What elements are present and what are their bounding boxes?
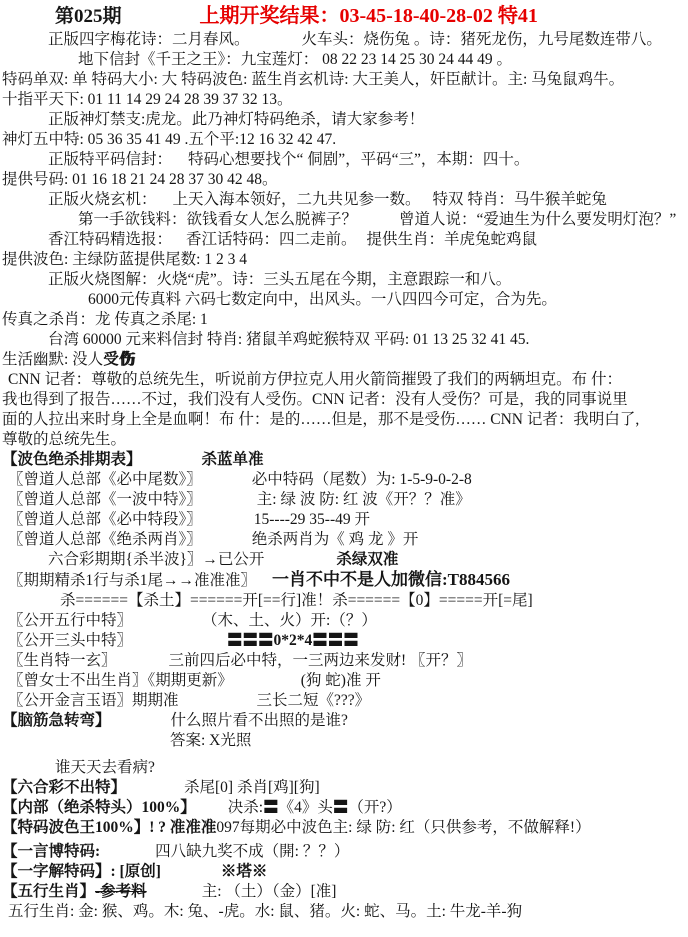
yiyan-bo-teme-line: 【一言博特码:四八缺九奖不成（開: ？？） [0, 842, 688, 862]
humor-text-line-1-seg-0: CNN 记者：尊敬的总统先生，听说前方伊拉克人用火箭筒摧毁了我们的两辆坦克。布 … [8, 370, 622, 390]
humor-title-line-seg-2: 伤 [120, 350, 136, 370]
yizi-jie-teme-line: 【一字解特码】: [原创]※塔※ [0, 862, 688, 882]
humor-text-line-3: 面的人拉出来时身上全是血啊！布 什：是的……但是，那不是受伤…… CNN 记者：… [0, 410, 688, 430]
sha-tu-line-seg-0: 杀======【杀土】======开[==行]准！杀======【0】=====… [60, 591, 533, 611]
bose-jousha-header-seg-0: 【波色绝杀排期表】 [2, 450, 142, 470]
humor-title-line-seg-0: 生活幽默: 没人 [2, 350, 103, 370]
wuxing-shengxiao-detail: 五行生肖: 金: 猴、鸡。木: 兔、-虎。水: 鼠、猪。火: 蛇、马。土: 牛龙… [0, 902, 688, 922]
taiwan-envelope-line: 台湾 60000 元来料信封 特肖: 猪鼠羊鸡蛇猴特双 平码: 01 13 25… [0, 330, 688, 350]
zengnvshi-line-seg-0: 〖曾女士不出生肖〗《期期更新》 [8, 671, 233, 691]
jingsha-weixin-line: 〖期期精杀1行与杀1尾→→准准准〗一肖不中不是人加微信:T884566 [0, 570, 688, 591]
teping-envelope-line: 正版特平码信封：特码心想要找个“ 侗剧”，平码“三”，本期：四十。 [0, 150, 688, 170]
yiyan-bo-teme-line-seg-0: 【一言博特码: [2, 842, 100, 862]
yizi-jie-teme-line-seg-0: 【一字解特码】: [原创] [2, 862, 161, 882]
yiyan-bo-teme-line-seg-1: 四八缺九奖不成（開: ？？） [155, 842, 349, 862]
neibu-tetou-line-seg-1: 决杀: [228, 798, 263, 818]
zengdaoren-liangxiao-line-seg-1: 绝杀两肖为《 鸡 龙 》开 [252, 530, 419, 550]
shabanbo-line-seg-1: 杀绿双准 [336, 550, 398, 570]
naojin-question2-line-seg-0: 谁天天去看病? [55, 758, 155, 778]
xiangjiang-line-seg-2: 提供生肖：羊虎兔蛇鸡鼠 [367, 230, 538, 250]
zengdaoren-yibo-line: 〖曾道人总部《一波中特》〗主: 绿 波 防: 红 波《开？？准》 [0, 490, 688, 510]
lottery-tips-page: 第025期上期开奖结果：03-45-18-40-28-02 特41正版四字梅花诗… [0, 0, 688, 937]
jingsha-weixin-line-seg-0: 〖期期精杀1行与杀1尾→→准准准〗 [8, 571, 256, 591]
shabanbo-line-seg-0: 六合彩期期{杀半波}〗→已公开 [48, 550, 264, 570]
yuqian-line: 第一手欲钱料：欲钱看女人怎么脱裤子？曾道人说：“爱迪生为什么要发明灯泡？” [0, 210, 688, 230]
meihua-poem-line-seg-0: 正版四字梅花诗：二月春风。 [48, 30, 250, 50]
huoshao-xuanji-line-seg-0: 正版火烧玄机： [48, 190, 157, 210]
bose-wang-line-seg-1: 097每期必中波色主: 绿 防: 红（只供参考，不做解释!） [216, 818, 590, 838]
shengxiao-teyixuan-line: 〖生肖特一玄〗三前四后必中特，一三两边来发财! 〖开？〗 [0, 651, 688, 671]
shabanbo-line: 六合彩期期{杀半波}〗→已公开杀绿双准 [0, 550, 688, 570]
neibu-tetou-line-seg-5: （开?） [348, 798, 401, 818]
wuxing-shengxiao-header-seg-2: 主: （土）（金）[准] [202, 882, 337, 902]
bose-jousha-header-seg-1: 杀蓝单准 [202, 450, 264, 470]
fax-6000-line: 6000元传真料 六码七数定向中，出风头。一八四四今可定，合为先。 [0, 290, 688, 310]
underground-envelope-line-seg-0: 地下信封《千王之王》：九宝莲灯： 08 22 23 14 25 30 24 44… [78, 50, 512, 70]
humor-text-line-4-seg-0: 尊敬的总统先生。 [2, 430, 126, 450]
huoshao-tujie-line: 正版火烧图解：火烧“虎”。诗：三头五尾在今期，主意跟踪一和八。 [0, 270, 688, 290]
wuxing-zhongte-line-seg-0: 〖公开五行中特〗 [8, 611, 132, 631]
wuxing-zhongte-line: 〖公开五行中特〗（木、土、火）开:（？） [0, 611, 688, 631]
provided-numbers-line: 提供号码: 01 16 18 21 24 28 37 30 42 48。 [0, 170, 688, 190]
zengdaoren-liangxiao-line-seg-0: 〖曾道人总部《绝杀两肖》〗 [8, 530, 202, 550]
shendeng-five-line: 神灯五中特: 05 36 35 41 49 .五个平:12 16 32 42 4… [0, 130, 688, 150]
jinyan-yuyu-line-seg-0: 〖公开金言玉语〗期期准 [8, 691, 179, 711]
humor-text-line-2: 我也得到了报告……不过，我们没有人受伤。CNN 记者：没有人受伤？可是，我的同事… [0, 390, 688, 410]
zengdaoren-teduan-line-seg-0: 〖曾道人总部《必中特段》〗 [8, 510, 202, 530]
humor-text-line-1: CNN 记者：尊敬的总统先生，听说前方伊拉克人用火箭筒摧毁了我们的两辆坦克。布 … [0, 370, 688, 390]
xiangjiang-line-seg-0: 香江特码精选报： [48, 230, 172, 250]
wuxing-shengxiao-header-seg-1: -参考料 [95, 882, 147, 902]
zengdaoren-liangxiao-line: 〖曾道人总部《绝杀两肖》〗绝杀两肖为《 鸡 龙 》开 [0, 530, 688, 550]
shengxiao-teyixuan-line-seg-1: 三前四后必中特，一三两边来发财! 〖开？〗 [169, 651, 473, 671]
huoshao-xuanji-line-seg-2: 特双 特肖：马牛猴羊蛇兔 [433, 190, 607, 210]
santou-zhongte-line-seg-0: 〖公开三头中特〗 [8, 631, 132, 651]
header-line: 第025期上期开奖结果：03-45-18-40-28-02 特41 [0, 4, 688, 30]
zengnvshi-line: 〖曾女士不出生肖〗《期期更新》(狗 蛇)准 开 [0, 671, 688, 691]
text-lines-container: 第025期上期开奖结果：03-45-18-40-28-02 特41正版四字梅花诗… [0, 4, 688, 922]
meihua-poem-line-seg-1: 火车头：烧伤兔 。诗：猪死龙伤，九号尾数连带八。 [302, 30, 662, 50]
zengnvshi-line-seg-1: (狗 蛇)准 开 [301, 671, 381, 691]
teping-envelope-line-seg-0: 正版特平码信封： [48, 150, 172, 170]
buchute-line: 【六合彩不出特】杀尾[0] 杀肖[鸡][狗] [0, 778, 688, 798]
shendeng-ban-line-seg-0: 正版神灯禁支:虎龙。此乃神灯特码绝杀，请大家参考！ [48, 110, 424, 130]
provided-numbers-line-seg-0: 提供号码: 01 16 18 21 24 28 37 30 42 48。 [2, 170, 278, 190]
ten-fingers-line-seg-0: 十指平天下: 01 11 14 29 24 28 39 37 32 13。 [2, 90, 292, 110]
naojin-question2-line: 谁天天去看病? [0, 758, 688, 778]
wuxing-shengxiao-header-seg-0: 【五行生肖】 [2, 882, 95, 902]
jingsha-weixin-line-seg-1: 一肖不中不是人加微信:T884566 [272, 570, 510, 590]
wuxing-shengxiao-detail-seg-0: 五行生肖: 金: 猴、鸡。木: 兔、-虎。水: 鼠、猪。火: 蛇、马。土: 牛龙… [8, 902, 522, 922]
naojin-answer-line-seg-0: 答案: X光照 [170, 731, 251, 751]
underground-envelope-line: 地下信封《千王之王》：九宝莲灯： 08 22 23 14 25 30 24 44… [0, 50, 688, 70]
humor-text-line-4: 尊敬的总统先生。 [0, 430, 688, 450]
yizi-jie-teme-line-seg-1: ※塔※ [221, 862, 268, 882]
zengdaoren-yibo-line-seg-1: 主: 绿 波 防: 红 波《开？？准》 [257, 490, 471, 510]
huoshao-tujie-line-seg-0: 正版火烧图解：火烧“虎”。诗：三头五尾在今期，主意跟踪一和八。 [48, 270, 511, 290]
last-draw-result: 上期开奖结果：03-45-18-40-28-02 特41 [200, 4, 538, 28]
fax-kill-line-seg-0: 传真之杀肖：龙 传真之杀尾: 1 [2, 310, 208, 330]
wave-color-line-seg-0: 提供波色: 主绿防蓝提供尾数: 1 2 3 4 [2, 250, 247, 270]
huoshao-xuanji-line: 正版火烧玄机：上天入海本领好，二九共见参一数。特双 特肖：马牛猴羊蛇兔 [0, 190, 688, 210]
santou-zhongte-line: 〖公开三头中特〗〓〓〓0*2*4〓〓〓 [0, 631, 688, 651]
special-odd-even-line: 特码单双: 单 特码大小: 大 特码波色: 蓝生肖玄机诗: 大王美人，奸臣献计。… [0, 70, 688, 90]
yuqian-line-seg-0: 第一手欲钱料：欲钱看女人怎么脱裤子？ [78, 210, 357, 230]
wuxing-zhongte-line-seg-1: （木、土、火）开:（？） [202, 611, 377, 631]
wuxing-shengxiao-header: 【五行生肖】-参考料主: （土）（金）[准] [0, 882, 688, 902]
taiwan-envelope-line-seg-0: 台湾 60000 元来料信封 特肖: 猪鼠羊鸡蛇猴特双 平码: 01 13 25… [48, 330, 529, 350]
zengdaoren-yibo-line-seg-0: 〖曾道人总部《一波中特》〗 [8, 490, 202, 510]
neibu-tetou-line-seg-0: 【内部（绝杀特头）100%】 [2, 798, 196, 818]
humor-title-line: 生活幽默: 没人受伤伤 [0, 350, 688, 370]
jinyan-yuyu-line-seg-1: 三长二短《???》 [257, 691, 371, 711]
yuqian-line-seg-1: 曾道人说：“爱迪生为什么要发明灯泡？” [399, 210, 676, 230]
zengdaoren-teduan-line-seg-1: 15----29 35--49 开 [254, 510, 370, 530]
jinyan-yuyu-line: 〖公开金言玉语〗期期准三长二短《???》 [0, 691, 688, 711]
naojin-header-line-seg-0: 【脑筋急转弯】 [2, 711, 111, 731]
huoshao-xuanji-line-seg-1: 上天入海本领好，二九共见参一数。 [173, 190, 421, 210]
zengdaoren-weishu-line-seg-1: 必中特码（尾数）为: 1-5-9-0-2-8 [252, 470, 472, 490]
sha-tu-line: 杀======【杀土】======开[==行]准！杀======【0】=====… [0, 591, 688, 611]
santou-zhongte-line-seg-1: 〓〓〓0*2*4〓〓〓 [227, 631, 359, 651]
teping-envelope-line-seg-1: 特码心想要找个“ 侗剧”，平码“三”，本期：四十。 [188, 150, 529, 170]
wave-color-line: 提供波色: 主绿防蓝提供尾数: 1 2 3 4 [0, 250, 688, 270]
buchute-line-seg-0: 【六合彩不出特】 [2, 778, 126, 798]
humor-text-line-3-seg-0: 面的人拉出来时身上全是血啊！布 什：是的……但是，那不是受伤…… CNN 记者：… [2, 410, 639, 430]
shendeng-ban-line: 正版神灯禁支:虎龙。此乃神灯特码绝杀，请大家参考！ [0, 110, 688, 130]
fax-6000-line-seg-0: 6000元传真料 六码七数定向中，出风头。一八四四今可定，合为先。 [88, 290, 557, 310]
neibu-tetou-line: 【内部（绝杀特头）100%】决杀: 〓《4》头〓（开?） [0, 798, 688, 818]
bose-wang-line: 【特码波色王100%】! ? 准准准097每期必中波色主: 绿 防: 红（只供参… [0, 818, 688, 838]
neibu-tetou-line-seg-2: 〓 [263, 798, 279, 818]
fax-kill-line: 传真之杀肖：龙 传真之杀尾: 1 [0, 310, 688, 330]
humor-text-line-2-seg-0: 我也得到了报告……不过，我们没有人受伤。CNN 记者：没有人受伤？可是，我的同事… [2, 390, 628, 410]
naojin-header-line: 【脑筋急转弯】什么照片看不出照的是谁? [0, 711, 688, 731]
shengxiao-teyixuan-line-seg-0: 〖生肖特一玄〗 [8, 651, 117, 671]
ten-fingers-line: 十指平天下: 01 11 14 29 24 28 39 37 32 13。 [0, 90, 688, 110]
shendeng-five-line-seg-0: 神灯五中特: 05 36 35 41 49 .五个平:12 16 32 42 4… [2, 130, 336, 150]
xiangjiang-line: 香江特码精选报：香江话特码：四二走前。提供生肖：羊虎兔蛇鸡鼠 [0, 230, 688, 250]
neibu-tetou-line-seg-3: 《4》头 [279, 798, 333, 818]
bose-jousha-header: 【波色绝杀排期表】杀蓝单准 [0, 450, 688, 470]
naojin-answer-line: 答案: X光照 [0, 731, 688, 751]
neibu-tetou-line-seg-4: 〓 [333, 798, 349, 818]
zengdaoren-weishu-line-seg-0: 〖曾道人总部《必中尾数》〗 [8, 470, 202, 490]
issue-number: 第025期 [55, 5, 122, 29]
naojin-header-line-seg-1: 什么照片看不出照的是谁? [171, 711, 348, 731]
xiangjiang-line-seg-1: 香江话特码：四二走前。 [186, 230, 357, 250]
meihua-poem-line: 正版四字梅花诗：二月春风。火车头：烧伤兔 。诗：猪死龙伤，九号尾数连带八。 [0, 30, 688, 50]
zengdaoren-teduan-line: 〖曾道人总部《必中特段》〗15----29 35--49 开 [0, 510, 688, 530]
bose-wang-line-seg-0: 【特码波色王100%】! ? 准准准 [2, 818, 216, 838]
special-odd-even-line-seg-0: 特码单双: 单 特码大小: 大 特码波色: 蓝生肖玄机诗: 大王美人，奸臣献计。… [2, 70, 624, 90]
buchute-line-seg-1: 杀尾[0] 杀肖[鸡][狗] [184, 778, 320, 798]
zengdaoren-weishu-line: 〖曾道人总部《必中尾数》〗必中特码（尾数）为: 1-5-9-0-2-8 [0, 470, 688, 490]
